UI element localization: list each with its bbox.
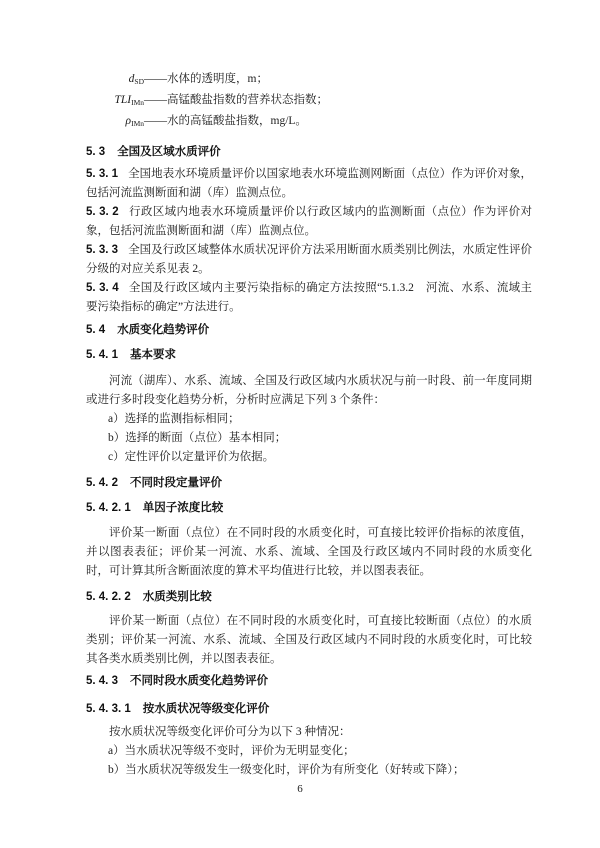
list-item: c）定性评价以定量评价为依据。 bbox=[108, 448, 532, 467]
section-5-4-1-body: 河流（湖库）、水系、流域、全国及行政区域内水质状况与前一时段、前一年度同期或进行… bbox=[86, 372, 532, 467]
variable-subscript: SD bbox=[134, 77, 144, 86]
section-title: 不同时段定量评价 bbox=[130, 477, 222, 489]
section-number: 5. 4. 3 bbox=[86, 675, 118, 687]
section-title: 按水质状况等级变化评价 bbox=[143, 703, 270, 715]
body-paragraph: 评价某一断面（点位）在不同时段的水质变化时，可直接比较评价指标的浓度值，并以图表… bbox=[86, 524, 532, 581]
document-page: dSD ——水体的透明度，m； TLIIMn ——高锰酸盐指数的营养状态指数； … bbox=[0, 0, 600, 848]
section-number: 5. 4. 2. 1 bbox=[86, 502, 131, 514]
clause-text: 行政区域内地表水环境质量评价以行政区域内的监测断面（点位）作为评价对象，包括河流… bbox=[86, 206, 532, 237]
section-number: 5. 4. 2. 2 bbox=[86, 591, 131, 603]
definition-row: dSD ——水体的透明度，m； bbox=[86, 70, 532, 91]
section-heading-5-4-3-1: 5. 4. 3. 1按水质状况等级变化评价 bbox=[86, 700, 532, 719]
symbol-definitions: dSD ——水体的透明度，m； TLIIMn ——高锰酸盐指数的营养状态指数； … bbox=[86, 70, 532, 133]
clause-number: 5. 3. 4 bbox=[86, 282, 119, 294]
section-heading-5-4-2-1: 5. 4. 2. 1单因子浓度比较 bbox=[86, 499, 532, 518]
clause-text: 全国及行政区域整体水质状况评价方法采用断面水质类别比例法，水质定性评价分级的对应… bbox=[86, 244, 532, 275]
section-number: 5. 3 bbox=[86, 146, 105, 158]
section-number: 5. 4. 2 bbox=[86, 477, 118, 489]
body-paragraph: 评价某一断面（点位）在不同时段的水质变化时，可直接比较断面（点位）的水质类别；评… bbox=[86, 612, 532, 669]
clause-paragraph: 5. 3. 1全国地表水环境质量评价以国家地表水环境监测网断面（点位）作为评价对… bbox=[86, 165, 532, 203]
list-item: a）当水质状况等级不变时，评价为无明显变化； bbox=[108, 742, 532, 761]
section-heading-5-3: 5. 3全国及区域水质评价 bbox=[86, 143, 532, 162]
definition-row: TLIIMn ——高锰酸盐指数的营养状态指数； bbox=[86, 91, 532, 112]
variable-description: ——高锰酸盐指数的营养状态指数； bbox=[144, 91, 532, 112]
definition-row: ρIMn ——水的高锰酸盐指数，mg/L。 bbox=[86, 112, 532, 133]
variable-name: TLI bbox=[114, 94, 131, 106]
section-heading-5-4-2-2: 5. 4. 2. 2水质类别比较 bbox=[86, 588, 532, 607]
variable-symbol: ρIMn bbox=[86, 112, 144, 133]
section-number: 5. 4. 1 bbox=[86, 349, 118, 361]
variable-subscript: IMn bbox=[131, 98, 144, 107]
clause-number: 5. 3. 3 bbox=[86, 244, 118, 256]
body-paragraph: 河流（湖库）、水系、流域、全国及行政区域内水质状况与前一时段、前一年度同期或进行… bbox=[86, 372, 532, 410]
section-heading-5-4-2: 5. 4. 2不同时段定量评价 bbox=[86, 474, 532, 493]
section-heading-5-4: 5. 4水质变化趋势评价 bbox=[86, 321, 532, 340]
list-item: a）选择的监测指标相同； bbox=[108, 410, 532, 429]
clause-paragraph: 5. 3. 4全国及行政区域内主要污染指标的确定方法按照“5.1.3.2 河流、… bbox=[86, 279, 532, 317]
section-title: 不同时段水质变化趋势评价 bbox=[130, 675, 268, 687]
variable-symbol: TLIIMn bbox=[86, 91, 144, 112]
page-content: dSD ——水体的透明度，m； TLIIMn ——高锰酸盐指数的营养状态指数； … bbox=[86, 70, 532, 780]
clause-number: 5. 3. 2 bbox=[86, 206, 119, 218]
list-item: b）当水质状况等级发生一级变化时，评价为有所变化（好转或下降）； bbox=[108, 761, 532, 780]
section-title: 水质变化趋势评价 bbox=[117, 324, 209, 336]
clause-text: 全国及行政区域内主要污染指标的确定方法按照“5.1.3.2 河流、水系、流域主要… bbox=[86, 282, 532, 313]
clause-paragraph: 5. 3. 2行政区域内地表水环境质量评价以行政区域内的监测断面（点位）作为评价… bbox=[86, 203, 532, 241]
list-item: b）选择的断面（点位）基本相同； bbox=[108, 429, 532, 448]
section-5-4-3-1-body: 按水质状况等级变化评价可分为以下 3 种情况： a）当水质状况等级不变时，评价为… bbox=[86, 723, 532, 780]
section-heading-5-4-1: 5. 4. 1基本要求 bbox=[86, 346, 532, 365]
body-paragraph: 按水质状况等级变化评价可分为以下 3 种情况： bbox=[86, 723, 532, 742]
section-heading-5-4-3: 5. 4. 3不同时段水质变化趋势评价 bbox=[86, 672, 532, 691]
variable-description: ——水的高锰酸盐指数，mg/L。 bbox=[144, 112, 532, 133]
section-title: 水质类别比较 bbox=[143, 591, 212, 603]
page-number: 6 bbox=[0, 783, 600, 795]
section-title: 全国及区域水质评价 bbox=[117, 146, 221, 158]
section-title: 单因子浓度比较 bbox=[143, 502, 224, 514]
variable-subscript: IMn bbox=[131, 119, 144, 128]
variable-description: ——水体的透明度，m； bbox=[144, 70, 532, 91]
variable-symbol: dSD bbox=[86, 70, 144, 91]
section-title: 基本要求 bbox=[130, 349, 176, 361]
section-number: 5. 4. 3. 1 bbox=[86, 703, 131, 715]
section-5-3-clauses: 5. 3. 1全国地表水环境质量评价以国家地表水环境监测网断面（点位）作为评价对… bbox=[86, 165, 532, 317]
section-number: 5. 4 bbox=[86, 324, 105, 336]
clause-number: 5. 3. 1 bbox=[86, 168, 118, 180]
clause-text: 全国地表水环境质量评价以国家地表水环境监测网断面（点位）作为评价对象，包括河流监… bbox=[86, 168, 532, 199]
clause-paragraph: 5. 3. 3全国及行政区域整体水质状况评价方法采用断面水质类别比例法，水质定性… bbox=[86, 241, 532, 279]
